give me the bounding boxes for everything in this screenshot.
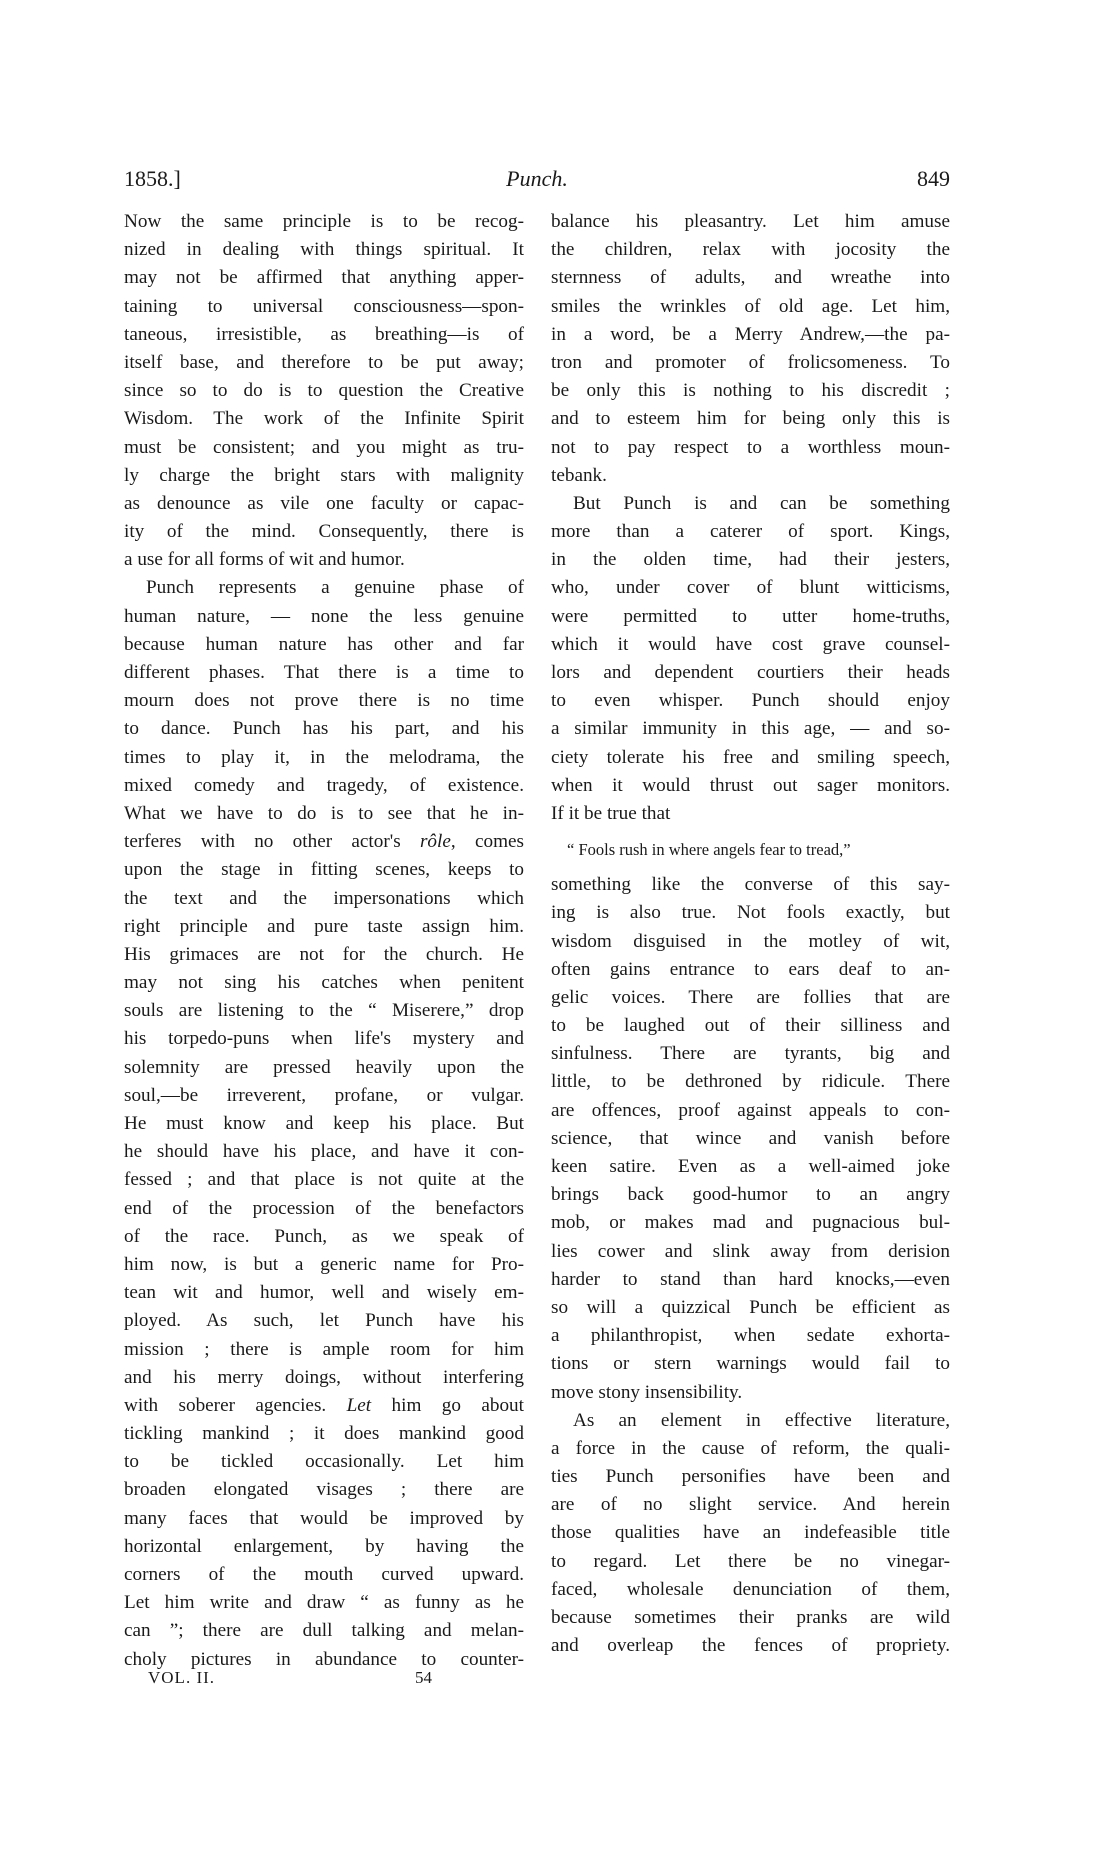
right-column-before-quote: balance his pleasantry. Let him amusethe… [551,208,950,828]
text-line: solemnity are pressed heavily upon the [124,1054,524,1082]
text-line: little, to be dethroned by ridicule. The… [551,1068,950,1096]
text-line: a similar immunity in this age, — and so… [551,715,950,743]
text-line: ties Punch personifies have been and [551,1463,950,1491]
text-line: itself base, and therefore to be put awa… [124,349,524,377]
text-line: smiles the wrinkles of old age. Let him, [551,293,950,321]
text-line: mob, or makes mad and pugnacious bul- [551,1209,950,1237]
text-line: If it be true that [551,800,950,828]
text-line: as denounce as vile one faculty or capac… [124,490,524,518]
text-line: brings back good-humor to an angry [551,1181,950,1209]
text-line: fessed ; and that place is not quite at … [124,1166,524,1194]
text-line: many faces that would be improved by [124,1505,524,1533]
text-line: He must know and keep his place. But [124,1110,524,1138]
text-line: a force in the cause of reform, the qual… [551,1435,950,1463]
text-line: right principle and pure taste assign hi… [124,913,524,941]
text-line: soul,—be irreverent, profane, or vulgar. [124,1082,524,1110]
text-line: different phases. That there is a time t… [124,659,524,687]
text-line: tron and promoter of frolicsomeness. To [551,349,950,377]
text-line: ing is also true. Not fools exactly, but [551,899,950,927]
text-line: taining to universal consciousness—spon- [124,293,524,321]
text-line: were permitted to utter home-truths, [551,603,950,631]
text-line: to be tickled occasionally. Let him [124,1448,524,1476]
text-line: the text and the impersonations which [124,885,524,913]
text-line: so will a quizzical Punch be efficient a… [551,1294,950,1322]
emphasis: rôle [420,831,451,852]
text-line: upon the stage in fitting scenes, keeps … [124,856,524,884]
text-line: taneous, irresistible, as breathing—is o… [124,321,524,349]
text-line: when it would thrust out sager monitors. [551,772,950,800]
text-line: and to esteem him for being only this is [551,405,950,433]
text-line: those qualities have an indefeasible tit… [551,1519,950,1547]
text-line: tean wit and humor, well and wisely em- [124,1279,524,1307]
text-line: be only this is nothing to his discredit… [551,377,950,405]
left-column: Now the same principle is to be recog-ni… [124,208,524,1674]
text-line: souls are listening to the “ Miserere,” … [124,997,524,1025]
text-line: more than a caterer of sport. Kings, [551,518,950,546]
text-line: can ”; there are dull talking and melan- [124,1617,524,1645]
text-line: tions or stern warnings would fail to [551,1350,950,1378]
text-line: something like the converse of this say- [551,871,950,899]
text-line: wisdom disguised in the motley of wit, [551,928,950,956]
text-line: gelic voices. There are follies that are [551,984,950,1012]
text-line: ly charge the bright stars with malignit… [124,462,524,490]
text-line: Now the same principle is to be recog- [124,208,524,236]
text-line: a philanthropist, when sedate exhorta- [551,1322,950,1350]
text-line: move stony insensibility. [551,1379,950,1407]
right-column: balance his pleasantry. Let him amusethe… [551,208,950,1660]
text-line: sinfulness. There are tyrants, big and [551,1040,950,1068]
text-line: and his merry doings, without interferin… [124,1364,524,1392]
text-line: horizontal enlargement, by having the [124,1533,524,1561]
text-line: may not sing his catches when penitent [124,969,524,997]
text-line: to regard. Let there be no vinegar- [551,1548,950,1576]
text-line: mixed comedy and tragedy, of existence. [124,772,524,800]
text-line: lies cower and slink away from derision [551,1238,950,1266]
text-line: which it would have cost grave counsel- [551,631,950,659]
text-line: must be consistent; and you might as tru… [124,434,524,462]
text-line: because sometimes their pranks are wild [551,1604,950,1632]
text-line: mourn does not prove there is no time [124,687,524,715]
text-line: his torpedo-puns when life's mystery and [124,1025,524,1053]
text-line: tickling mankind ; it does mankind good [124,1420,524,1448]
running-header: 1858.] Punch. 849 [124,166,950,196]
text-line: with soberer agencies. Let him go about [124,1392,524,1420]
emphasis: Let [347,1395,372,1416]
header-title: Punch. [124,166,950,192]
text-line: who, under cover of blunt witticisms, [551,574,950,602]
right-column-after-quote: something like the converse of this say-… [551,871,950,1660]
text-line: broaden elongated visages ; there are [124,1476,524,1504]
text-line: end of the procession of the benefactors [124,1195,524,1223]
text-line: balance his pleasantry. Let him amuse [551,208,950,236]
text-line: ciety tolerate his free and smiling spee… [551,744,950,772]
text-line: since so to do is to question the Creati… [124,377,524,405]
text-line: to even whisper. Punch should enjoy [551,687,950,715]
text-line: His grimaces are not for the church. He [124,941,524,969]
text-line: are offences, proof against appeals to c… [551,1097,950,1125]
page-number: 849 [917,166,950,192]
text-line: science, that wince and vanish before [551,1125,950,1153]
text-line: of the race. Punch, as we speak of [124,1223,524,1251]
text-line: human nature, — none the less genuine [124,603,524,631]
text-line: in a word, be a Merry Andrew,—the pa- [551,321,950,349]
text-line: and overleap the fences of propriety. [551,1632,950,1660]
text-line: What we have to do is to see that he in- [124,800,524,828]
text-line: ity of the mind. Consequently, there is [124,518,524,546]
text-line: faced, wholesale denunciation of them, [551,1576,950,1604]
text-line: But Punch is and can be something [551,490,950,518]
text-line: a use for all forms of wit and humor. [124,546,524,574]
text-line: to dance. Punch has his part, and his [124,715,524,743]
text-line: often gains entrance to ears deaf to an- [551,956,950,984]
text-line: sternness of adults, and wreathe into [551,264,950,292]
text-line: tebank. [551,462,950,490]
text-line: are of no slight service. And herein [551,1491,950,1519]
text-line: terferes with no other actor's rôle, com… [124,828,524,856]
text-line: him now, is but a generic name for Pro- [124,1251,524,1279]
text-line: Wisdom. The work of the Infinite Spirit [124,405,524,433]
text-line: keen satire. Even as a well-aimed joke [551,1153,950,1181]
text-line: Let him write and draw “ as funny as he [124,1589,524,1617]
text-line: he should have his place, and have it co… [124,1138,524,1166]
text-line: corners of the mouth curved upward. [124,1561,524,1589]
text-line: times to play it, in the melodrama, the [124,744,524,772]
text-line: in the olden time, had their jesters, [551,546,950,574]
text-line: the children, relax with jocosity the [551,236,950,264]
text-line: not to pay respect to a worthless moun- [551,434,950,462]
block-quote: “ Fools rush in where angels fear to tre… [551,840,950,860]
text-line: mission ; there is ample room for him [124,1336,524,1364]
text-line: As an element in effective literature, [551,1407,950,1435]
text-line: Punch represents a genuine phase of [124,574,524,602]
text-line: because human nature has other and far [124,631,524,659]
text-line: nized in dealing with things spiritual. … [124,236,524,264]
document-page: 1858.] Punch. 849 Now the same principle… [0,0,1096,1875]
text-line: to be laughed out of their silliness and [551,1012,950,1040]
text-line: may not be affirmed that anything apper- [124,264,524,292]
text-line: harder to stand than hard knocks,—even [551,1266,950,1294]
volume-label: VOL. II. [148,1668,215,1688]
text-line: lors and dependent courtiers their heads [551,659,950,687]
text-line: ployed. As such, let Punch have his [124,1307,524,1335]
signature-mark: 54 [415,1668,432,1688]
